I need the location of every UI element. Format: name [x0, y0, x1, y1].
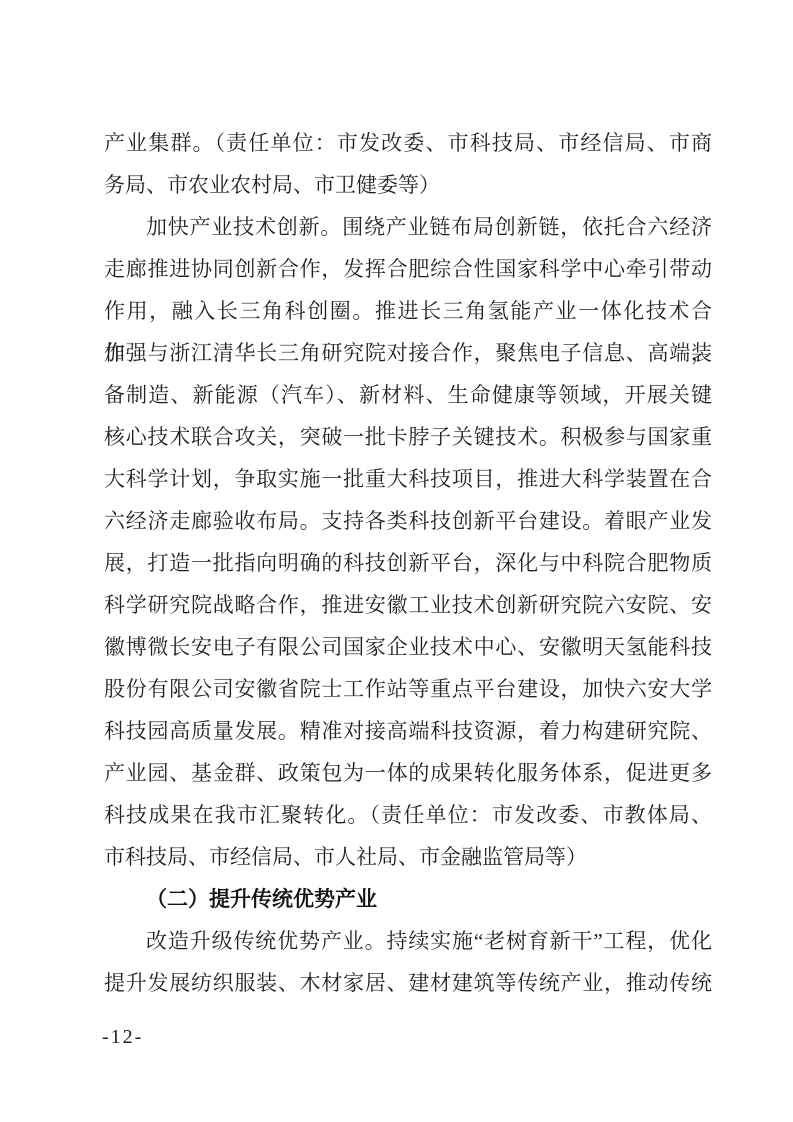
text-line: 备制造、新能源（汽车）、新材料、生命健康等领域，开展关键 — [104, 374, 712, 416]
section-heading: （二）提升传统优势产业 — [104, 878, 712, 920]
text-line: 务局、市农业农村局、市卫健委等） — [104, 164, 712, 206]
text-line: 大科学计划，争取实施一批重大科技项目，推进大科学装置在合 — [104, 458, 712, 500]
text-line: 科学研究院战略合作，推进安徽工业技术创新研究院六安院、安 — [104, 584, 712, 626]
text-line: 加快产业技术创新。围绕产业链布局创新链，依托合六经济 — [104, 206, 712, 248]
document-body: 产业集群。（责任单位：市发改委、市科技局、市经信局、市商务局、市农业农村局、市卫… — [104, 122, 712, 1004]
text-line: 徽博微长安电子有限公司国家企业技术中心、安徽明天氢能科技 — [104, 626, 712, 668]
text-line: 市科技局、市经信局、市人社局、市金融监管局等） — [104, 836, 712, 878]
text-line: 科技园高质量发展。精准对接高端科技资源，着力构建研究院、 — [104, 710, 712, 752]
text-line: 产业园、基金群、政策包为一体的成果转化服务体系，促进更多 — [104, 752, 712, 794]
text-line: 改造升级传统优势产业。持续实施“老树育新干”工程，优化 — [104, 920, 712, 962]
text-line: 加强与浙江清华长三角研究院对接合作，聚焦电子信息、高端装 — [104, 332, 712, 374]
text-line: 走廊推进协同创新合作，发挥合肥综合性国家科学中心牵引带动 — [104, 248, 712, 290]
page-number: -12- — [102, 1022, 143, 1052]
document-page: 产业集群。（责任单位：市发改委、市科技局、市经信局、市商务局、市农业农村局、市卫… — [0, 0, 793, 1122]
text-line: 产业集群。（责任单位：市发改委、市科技局、市经信局、市商 — [104, 122, 712, 164]
text-line: 提升发展纺织服装、木材家居、建材建筑等传统产业，推动传统 — [104, 962, 712, 1004]
text-line: 六经济走廊验收布局。支持各类科技创新平台建设。着眼产业发 — [104, 500, 712, 542]
text-line: 股份有限公司安徽省院士工作站等重点平台建设，加快六安大学 — [104, 668, 712, 710]
text-line: 核心技术联合攻关，突破一批卡脖子关键技术。积极参与国家重 — [104, 416, 712, 458]
text-line: 展，打造一批指向明确的科技创新平台，深化与中科院合肥物质 — [104, 542, 712, 584]
text-line: 作用，融入长三角科创圈。推进长三角氢能产业一体化技术合作， — [104, 290, 712, 332]
text-line: 科技成果在我市汇聚转化。（责任单位：市发改委、市教体局、 — [104, 794, 712, 836]
